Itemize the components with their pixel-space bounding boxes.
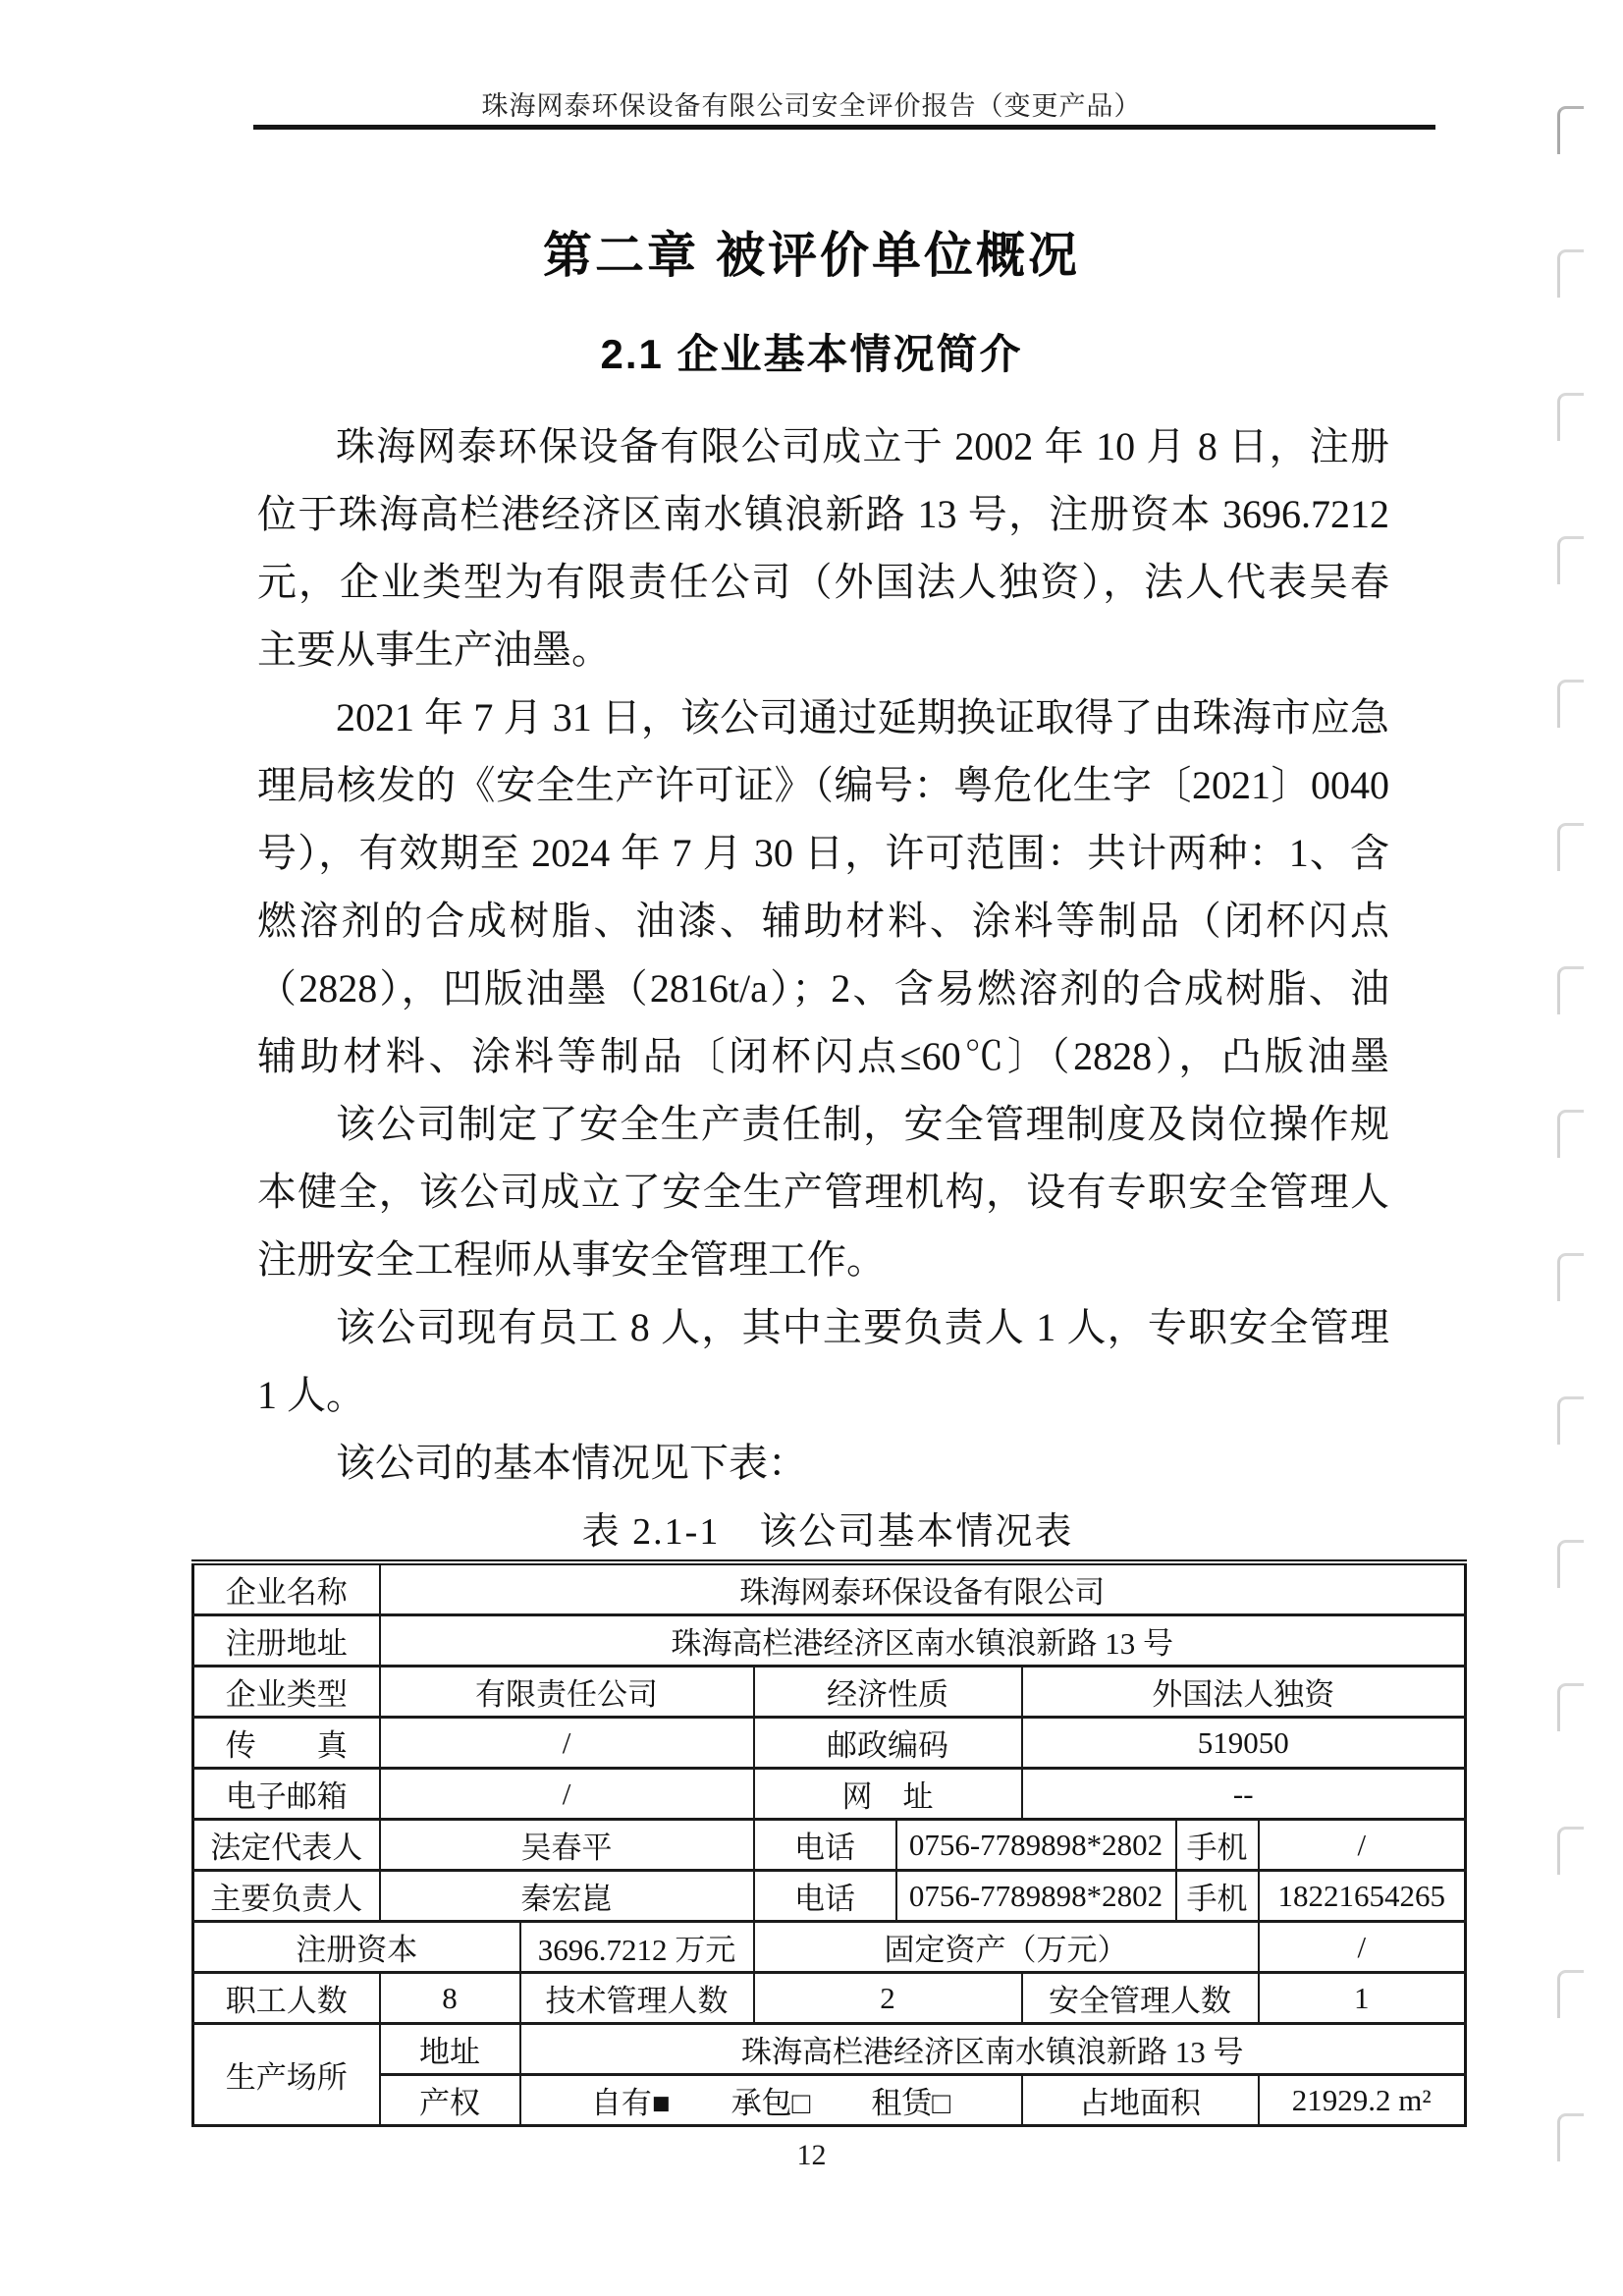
paragraph-line: 注册安全工程师从事安全管理工作。 — [257, 1226, 1389, 1293]
cell-postal-code-value: 519050 — [1022, 1718, 1466, 1769]
cell-principal-value: 秦宏崑 — [380, 1871, 754, 1922]
cell-principal-mobile: 18221654265 — [1259, 1871, 1466, 1922]
cell-principal-label: 主要负责人 — [193, 1871, 380, 1922]
binding-hole-artifact — [1557, 1540, 1584, 1588]
cell-legal-rep-mobile: / — [1259, 1820, 1466, 1871]
cell-principal-mobile-label: 手机 — [1176, 1871, 1259, 1922]
cell-ownership-value: 自有■ 承包□ 租赁□ — [520, 2075, 1022, 2126]
cell-enterprise-type-label: 企业类型 — [193, 1667, 380, 1718]
cell-fixed-assets-value: / — [1259, 1922, 1466, 1973]
binding-hole-artifact — [1557, 2113, 1584, 2161]
table-row: 法定代表人 吴春平 电话 0756-7789898*2802 手机 / — [193, 1820, 1466, 1871]
cell-site-address-label: 地址 — [380, 2024, 520, 2075]
document-page: 珠海网泰环保设备有限公司安全评价报告（变更产品） 第二章 被评价单位概况 2.1… — [0, 0, 1623, 2296]
cell-email-value: / — [380, 1769, 754, 1820]
cell-website-label: 网 址 — [754, 1769, 1022, 1820]
paragraph: 该公司现有员工 8 人，其中主要负责人 1 人，专职安全管理人员 1 人。 — [257, 1293, 1389, 1429]
paragraph-line: 该公司制定了安全生产责任制，安全管理制度及岗位操作规程基 — [257, 1090, 1389, 1158]
binding-hole-artifact — [1557, 1110, 1584, 1158]
binding-hole-artifact — [1557, 106, 1584, 154]
cell-staff-count-label: 职工人数 — [193, 1973, 380, 2024]
table-caption: 表 2.1-1 该公司基本情况表 — [191, 1510, 1464, 1554]
table-row: 企业类型 有限责任公司 经济性质 外国法人独资 — [193, 1667, 1466, 1718]
cell-site-address-value: 珠海高栏港经济区南水镇浪新路 13 号 — [520, 2024, 1466, 2075]
page-number: 12 — [0, 2139, 1623, 2172]
paragraph-line: 位于珠海高栏港经济区南水镇浪新路 13 号，注册资本 3696.7212 万 — [257, 480, 1389, 548]
table-row: 电子邮箱 / 网 址 -- — [193, 1769, 1466, 1820]
cell-legal-rep-label: 法定代表人 — [193, 1820, 380, 1871]
table-row: 产权 自有■ 承包□ 租赁□ 占地面积 21929.2 m² — [193, 2075, 1466, 2126]
table-row: 职工人数 8 技术管理人数 2 安全管理人数 1 — [193, 1973, 1466, 2024]
binding-hole-artifact — [1557, 966, 1584, 1014]
cell-legal-rep-value: 吴春平 — [380, 1820, 754, 1871]
paragraph: 2021 年 7 月 31 日，该公司通过延期换证取得了由珠海市应急管 理局核发… — [257, 683, 1389, 1090]
table-row: 注册资本 3696.7212 万元 固定资产（万元） / — [193, 1922, 1466, 1973]
header-rule — [253, 125, 1435, 130]
cell-fax-label: 传 真 — [193, 1718, 380, 1769]
paragraph-line: 辅助材料、涂料等制品〔闭杯闪点≤60℃〕（2828），凸版油墨（938t/a）。 — [257, 1022, 1389, 1090]
paragraph-line: 1 人。 — [257, 1361, 1389, 1429]
paragraph-line: 元，企业类型为有限责任公司（外国法人独资），法人代表吴春平， — [257, 548, 1389, 616]
cell-economic-nature-value: 外国法人独资 — [1022, 1667, 1466, 1718]
cell-registered-capital-value: 3696.7212 万元 — [520, 1922, 754, 1973]
paragraph-line: 本健全，该公司成立了安全生产管理机构，设有专职安全管理人员和 — [257, 1158, 1389, 1226]
table-row: 注册地址 珠海高栏港经济区南水镇浪新路 13 号 — [193, 1615, 1466, 1667]
cell-fax-value: / — [380, 1718, 754, 1769]
cell-economic-nature-label: 经济性质 — [754, 1667, 1022, 1718]
binding-hole-artifact — [1557, 1683, 1584, 1731]
cell-area-label: 占地面积 — [1022, 2075, 1259, 2126]
paragraph: 该公司的基本情况见下表： — [257, 1429, 1389, 1497]
binding-hole-artifact — [1557, 1396, 1584, 1445]
cell-area-value: 21929.2 m² — [1259, 2075, 1466, 2126]
binding-hole-artifact — [1557, 823, 1584, 871]
cell-company-name-label: 企业名称 — [193, 1562, 380, 1615]
company-info-table: 企业名称 珠海网泰环保设备有限公司 注册地址 珠海高栏港经济区南水镇浪新路 13… — [191, 1559, 1467, 2127]
paragraph: 珠海网泰环保设备有限公司成立于 2002 年 10 月 8 日，注册地址 位于珠… — [257, 412, 1389, 683]
table-row: 主要负责人 秦宏崑 电话 0756-7789898*2802 手机 182216… — [193, 1871, 1466, 1922]
cell-legal-rep-phone: 0756-7789898*2802 — [896, 1820, 1176, 1871]
table-row: 生产场所 地址 珠海高栏港经济区南水镇浪新路 13 号 — [193, 2024, 1466, 2075]
paragraph-line: 理局核发的《安全生产许可证》（编号：粤危化生字〔2021〕0040 — [257, 751, 1389, 819]
running-header: 珠海网泰环保设备有限公司安全评价报告（变更产品） — [0, 84, 1623, 123]
binding-hole-artifact — [1557, 680, 1584, 728]
binding-hole-artifact — [1557, 536, 1584, 584]
cell-technical-staff-value: 2 — [754, 1973, 1022, 2024]
cell-website-value: -- — [1022, 1769, 1466, 1820]
paragraph-line: （2828），凹版油墨（2816t/a）；2、含易燃溶剂的合成树脂、油漆、 — [257, 955, 1389, 1022]
cell-legal-rep-phone-label: 电话 — [754, 1820, 896, 1871]
paragraph: 该公司制定了安全生产责任制，安全管理制度及岗位操作规程基 本健全，该公司成立了安… — [257, 1090, 1389, 1293]
cell-principal-phone-label: 电话 — [754, 1871, 896, 1922]
cell-production-site-label: 生产场所 — [193, 2024, 380, 2126]
cell-postal-code-label: 邮政编码 — [754, 1718, 1022, 1769]
cell-ownership-label: 产权 — [380, 2075, 520, 2126]
binding-hole-artifact — [1557, 1970, 1584, 2018]
paragraph-line: 燃溶剂的合成树脂、油漆、辅助材料、涂料等制品（闭杯闪点≤60℃） — [257, 887, 1389, 955]
table-row: 传 真 / 邮政编码 519050 — [193, 1718, 1466, 1769]
cell-enterprise-type-value: 有限责任公司 — [380, 1667, 754, 1718]
table-row: 企业名称 珠海网泰环保设备有限公司 — [193, 1562, 1466, 1615]
paragraph-line: 该公司的基本情况见下表： — [257, 1429, 1389, 1497]
binding-hole-artifact — [1557, 393, 1584, 441]
company-info-section: 表 2.1-1 该公司基本情况表 企业名称 珠海网泰环保设备有限公司 注册地址 … — [191, 1510, 1464, 2127]
cell-principal-phone: 0756-7789898*2802 — [896, 1871, 1176, 1922]
section-title: 2.1 企业基本情况简介 — [0, 322, 1623, 381]
cell-safety-staff-label: 安全管理人数 — [1022, 1973, 1259, 2024]
body-text: 珠海网泰环保设备有限公司成立于 2002 年 10 月 8 日，注册地址 位于珠… — [257, 412, 1389, 1497]
binding-hole-artifact — [1557, 1253, 1584, 1301]
cell-registered-capital-label: 注册资本 — [193, 1922, 520, 1973]
paragraph-line: 主要从事生产油墨。 — [257, 616, 1389, 683]
paragraph-line: 该公司现有员工 8 人，其中主要负责人 1 人，专职安全管理人员 — [257, 1293, 1389, 1361]
cell-fixed-assets-label: 固定资产（万元） — [754, 1922, 1259, 1973]
cell-email-label: 电子邮箱 — [193, 1769, 380, 1820]
cell-technical-staff-label: 技术管理人数 — [520, 1973, 754, 2024]
binding-hole-artifact — [1557, 1827, 1584, 1875]
cell-safety-staff-value: 1 — [1259, 1973, 1466, 2024]
paragraph-line: 号），有效期至 2024 年 7 月 30 日，许可范围：共计两种：1、含易 — [257, 819, 1389, 887]
cell-registered-address-label: 注册地址 — [193, 1615, 380, 1667]
cell-legal-rep-mobile-label: 手机 — [1176, 1820, 1259, 1871]
chapter-title: 第二章 被评价单位概况 — [0, 216, 1623, 287]
binding-hole-artifact — [1557, 249, 1584, 298]
paragraph-line: 2021 年 7 月 31 日，该公司通过延期换证取得了由珠海市应急管 — [257, 683, 1389, 751]
cell-company-name-value: 珠海网泰环保设备有限公司 — [380, 1562, 1466, 1615]
cell-registered-address-value: 珠海高栏港经济区南水镇浪新路 13 号 — [380, 1615, 1466, 1667]
cell-staff-count-value: 8 — [380, 1973, 520, 2024]
paragraph-line: 珠海网泰环保设备有限公司成立于 2002 年 10 月 8 日，注册地址 — [257, 412, 1389, 480]
